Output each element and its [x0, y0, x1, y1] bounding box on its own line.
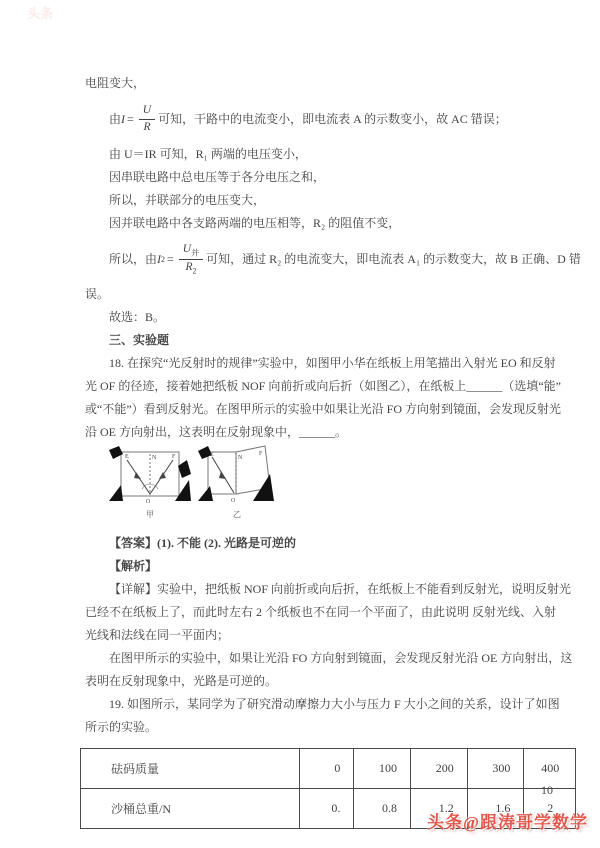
solution-line: 所以，并联部分的电压变大， [80, 189, 576, 212]
fraction-denominator: R [143, 121, 150, 133]
formula-prefix: 所以，由 [109, 248, 157, 271]
label-N: N [152, 455, 157, 461]
solution-line: 由 U＝IR 可知，R₁ 两端的电压变小， [80, 143, 576, 166]
analysis-heading: 【解析】 [80, 555, 576, 578]
solution-conclusion: 故选：B。 [80, 306, 576, 329]
question-18-line: 光 OF 的径迹，接着她把纸板 NOF 向前折或向后折（如图乙），在纸板上___… [80, 375, 576, 398]
solution-line: 误。 [80, 283, 576, 306]
table-cell: 300 [467, 749, 524, 789]
document-body: 电阻变大， 由I=UR可知，干路中的电流变小，即电流表 A 的示数变小，故 AC… [80, 72, 576, 829]
table-row: 砝码质量 0 100 200 300 400 [81, 749, 576, 789]
reflection-experiment-diagram: E N F O 甲 E N F O 乙 [105, 444, 285, 520]
stand-right [175, 480, 191, 501]
detail-line: 在图甲所示的实验中，如果让光沿 FO 方向射到镜面，会发现反射光沿 OE 方向射… [80, 647, 576, 670]
solution-line: 电阻变大， [80, 72, 576, 95]
label-E: E [125, 454, 129, 460]
stand-right-2 [253, 474, 274, 501]
fraction-denominator-subscript: 2 [192, 266, 196, 275]
stand-left-2 [198, 486, 213, 501]
label-N-2: N [238, 455, 243, 461]
equals-sign: = [127, 108, 134, 131]
fraction-numerator: U [143, 104, 151, 116]
reflected-arrow [159, 472, 166, 479]
fraction: U并R2 [179, 243, 203, 275]
label-F: F [172, 454, 176, 460]
fraction: UR [139, 104, 155, 133]
label-F-2: F [259, 451, 263, 457]
question-18-line: 18. 在探究“光反射时的规律”实验中，如图甲小华在纸板上用笔描出入射光 EO … [80, 352, 576, 375]
label-O: O [146, 499, 151, 505]
solution-line: 因串联电路中总电压等于各分电压之和， [80, 166, 576, 189]
formula-lhs: I [121, 108, 125, 131]
label-E-2: E [210, 452, 214, 458]
fraction-numerator-subscript: 并 [191, 248, 199, 257]
detail-line: 【详解】实验中，把纸板 NOF 向前折或向后折，在纸板上不能看到反射光，说明反射… [80, 578, 576, 601]
solution-formula-line-2: 所以，由I2=U并R2可知，通过 R₂ 的电流变大，即电流表 A₁ 的示数变大，… [80, 235, 576, 283]
formula-suffix: 可知，干路中的电流变小，即电流表 A 的示数变小，故 AC 错误； [158, 108, 507, 131]
stand-left [109, 485, 123, 501]
row-label: 砝码质量 [81, 749, 300, 789]
detail-line: 已经不在纸板上了，而此时左右 2 个纸板也不在同一个平面了，由此说明 反射光线、… [80, 601, 576, 624]
detail-line: 光线和法线在同一平面内； [80, 624, 576, 647]
detail-line: 表明在反射现象中，光路是可逆的。 [80, 670, 576, 693]
caption-yi: 乙 [233, 510, 241, 519]
incident-arrow-2 [219, 471, 226, 479]
question-18-line: 沿 OE 方向射出，这表明在反射现象中，______。 [80, 421, 576, 444]
caption-jia: 甲 [146, 510, 154, 519]
page-number: 10 [541, 783, 553, 798]
equals-sign: = [167, 248, 174, 271]
watermark-top-left: 头条 [27, 3, 53, 22]
experiment-figure: E N F O 甲 E N F O 乙 [80, 444, 576, 532]
formula-lhs-subscript: 2 [161, 248, 165, 271]
table-cell: 0. [299, 789, 354, 829]
question-19-line: 所示的实验。 [80, 716, 576, 739]
table-cell: 0.8 [354, 789, 411, 829]
row-label: 沙桶总重/N [81, 789, 300, 829]
question-19-line: 19. 如图所示，某同学为了研究滑动摩擦力大小与压力 F 大小之间的关系，设计了… [80, 693, 576, 716]
fraction-numerator: U [183, 243, 191, 255]
formula-prefix: 由 [109, 108, 121, 131]
incident-arrow [134, 472, 141, 479]
label-O-2: O [231, 498, 236, 504]
solution-line: 因并联电路中各支路两端的电压相等，R₂ 的阻值不变， [80, 212, 576, 235]
watermark-bottom-right: 头条@跟涛哥学数学 [427, 808, 588, 833]
table-cell: 100 [354, 749, 411, 789]
clip-right [178, 460, 191, 478]
section-heading: 三、实验题 [80, 329, 576, 352]
solution-formula-line-1: 由I=UR可知，干路中的电流变小，即电流表 A 的示数变小，故 AC 错误； [80, 95, 576, 143]
table-cell: 200 [411, 749, 468, 789]
question-18-line: 或“不能”）看到反射光。在图甲所示的实验中如果让光沿 FO 方向射到镜面，会发现… [80, 398, 576, 421]
answer-line: 【答案】(1). 不能 (2). 光路是可逆的 [80, 532, 576, 555]
formula-suffix: 可知，通过 R₂ 的电流变大，即电流表 A₁ 的示数变大，故 B 正确、D 错 [206, 248, 581, 271]
table-cell: 0 [299, 749, 354, 789]
